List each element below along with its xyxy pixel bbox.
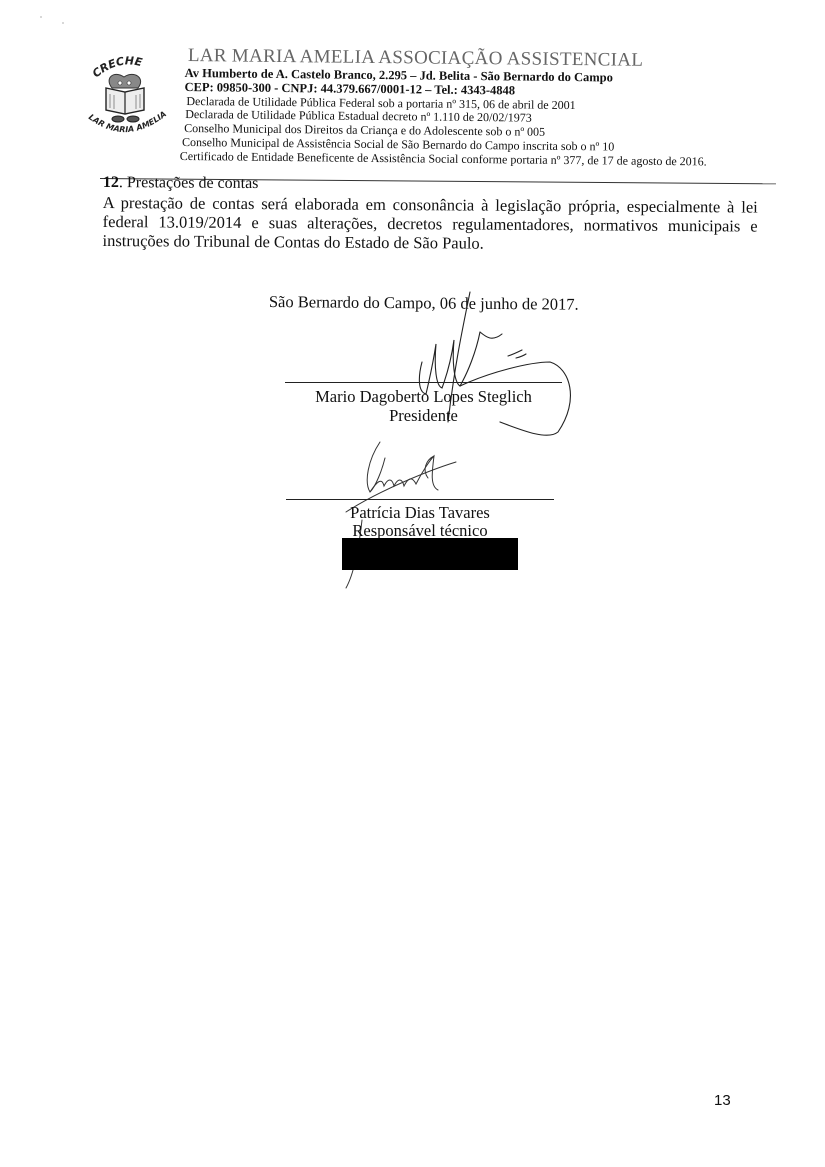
section-body: A prestação de contas será elaborada em … [102, 193, 757, 255]
signatory-name: Patrícia Dias Tavares [286, 503, 554, 523]
scan-speck [40, 16, 42, 18]
section-number: 12 [103, 174, 119, 191]
signatory-role: Presidente [285, 406, 562, 426]
section-title: . Prestações de contas [119, 174, 259, 192]
page-number: 13 [714, 1092, 731, 1109]
creche-logo-icon: CRECHE LAR MARIA AMELIA [82, 50, 172, 140]
scan-speck [62, 22, 64, 24]
place-date: São Bernardo do Campo, 06 de junho de 20… [269, 292, 579, 315]
redacted-block [342, 538, 518, 570]
section-prestacoes-de-contas: 12. Prestações de contas A prestação de … [102, 174, 758, 255]
signature-line [286, 499, 554, 500]
creche-logo: CRECHE LAR MARIA AMELIA [82, 50, 172, 140]
letterhead: LAR MARIA AMELIA ASSOCIAÇÃO ASSISTENCIAL… [184, 45, 708, 169]
signature-line [285, 382, 562, 383]
signatory-name: Mario Dagoberto Lopes Steglich [285, 387, 562, 407]
